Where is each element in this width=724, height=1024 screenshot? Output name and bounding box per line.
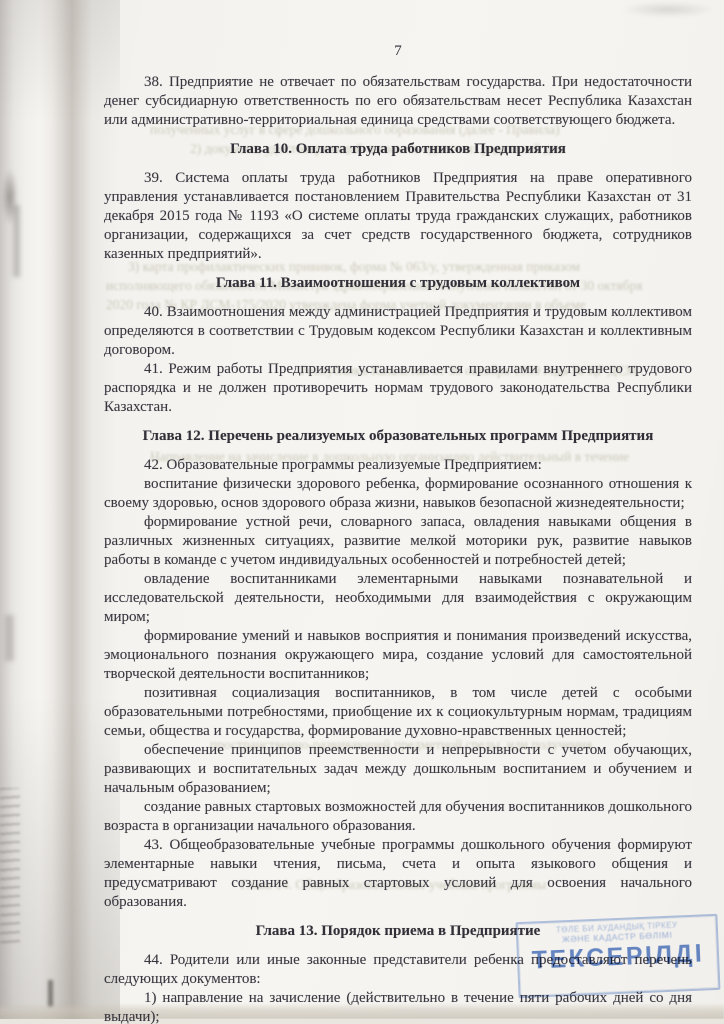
scan-left-edge-shading: [0, 0, 120, 1024]
page-number: 7: [104, 0, 692, 61]
program-item-3: овладение воспитанниками элементарными н…: [104, 570, 692, 627]
scan-scratches: [0, 788, 20, 943]
program-item-2: формирование устной речи, словарного зап…: [104, 513, 692, 570]
scanned-document-page: полученных услуг в сфере дошкольного обр…: [0, 0, 724, 1024]
program-item-4: формирование умений и навыков восприятия…: [104, 627, 692, 684]
scan-smudge: [13, 205, 20, 277]
scan-smudge: [2, 168, 18, 226]
document-text-column: 7 38. Предприятие не отвечает по обязате…: [104, 0, 692, 1024]
paragraph-39: 39. Система оплаты труда работников Пред…: [104, 169, 692, 264]
chapter-11-heading: Глава 11. Взаимоотношения с трудовым кол…: [104, 274, 692, 293]
paragraph-43: 43. Общеобразовательные учебные программ…: [104, 836, 692, 912]
verification-stamp: ТӨЛЕ БИ АУДАНДЫҚ ТІРКЕУ ЖӘНЕ КАДАСТР БӨЛ…: [515, 914, 720, 998]
program-item-7: создание равных стартовых возможностей д…: [104, 798, 692, 836]
program-item-1: воспитание физически здорового ребенка, …: [104, 475, 692, 513]
chapter-10-heading: Глава 10. Оплата труда работников Предпр…: [104, 140, 692, 159]
scan-smudge: [5, 615, 14, 661]
program-item-6: обеспечение принципов преемственности и …: [104, 741, 692, 798]
scan-scratch: [48, 980, 53, 1007]
paragraph-38: 38. Предприятие не отвечает по обязатель…: [104, 73, 692, 130]
chapter-12-heading: Глава 12. Перечень реализуемых образоват…: [104, 427, 692, 446]
paragraph-40: 40. Взаимоотношения между администрацией…: [104, 303, 692, 360]
paragraph-41: 41. Режим работы Предприятия устанавлива…: [104, 360, 692, 417]
stamp-checked-text: ТЕКСЕРІЛДІ: [531, 939, 705, 975]
paragraph-42-intro: 42. Образовательные программы реализуемы…: [104, 456, 692, 475]
program-item-5: позитивная социализация воспитанников, в…: [104, 684, 692, 741]
